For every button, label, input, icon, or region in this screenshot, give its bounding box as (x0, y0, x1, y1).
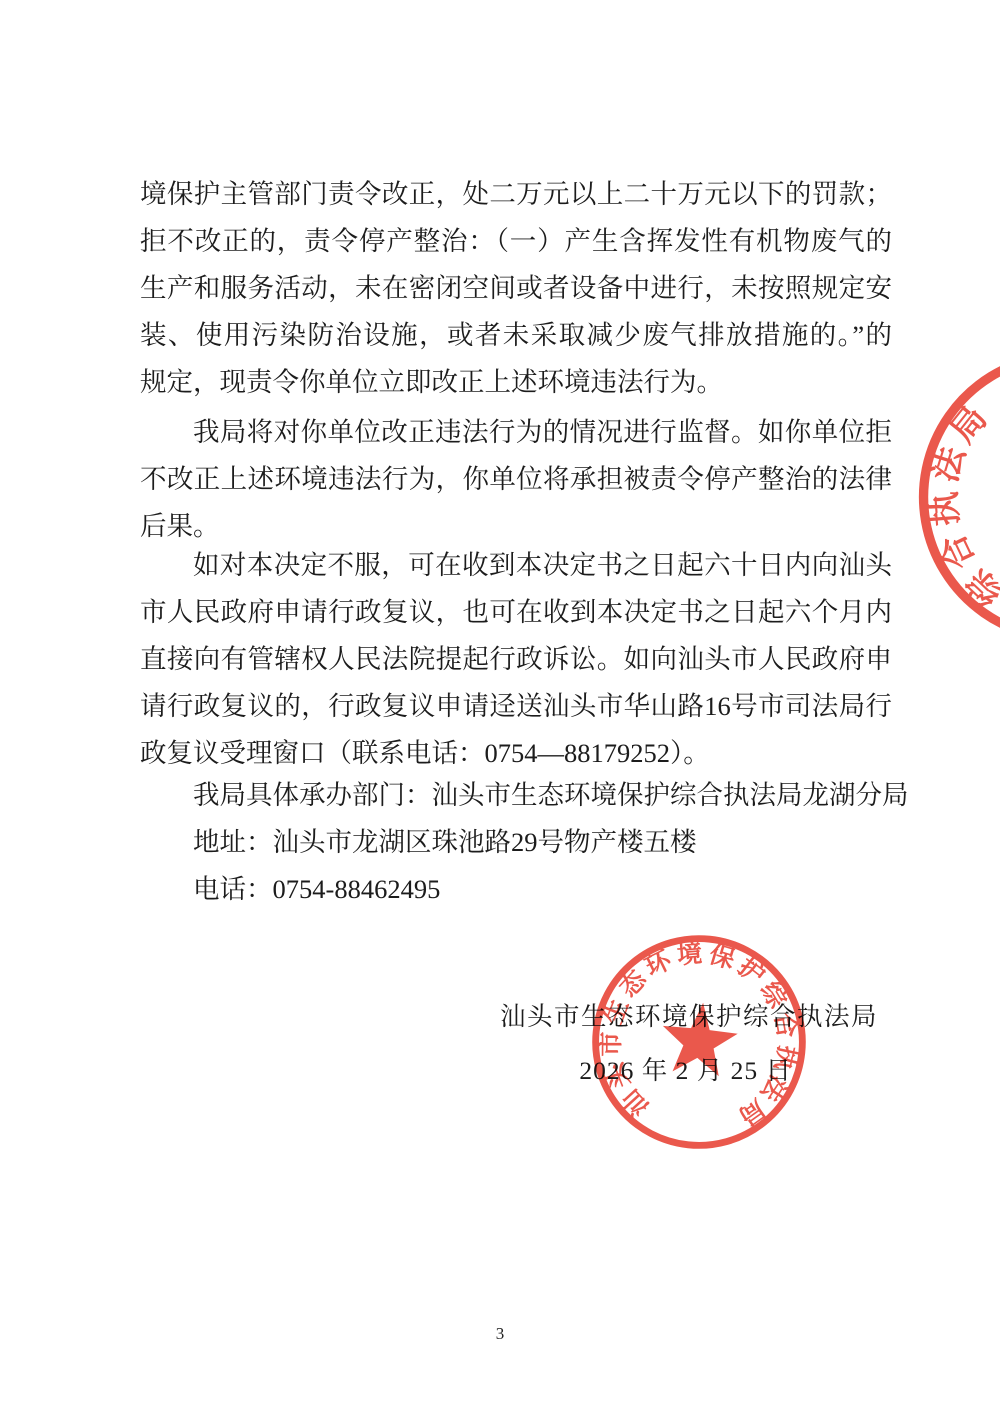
document-page: 境保护主管部门责令改正，处二万元以上二十万元以下的罚款；拒不改正的，责令停产整治… (0, 0, 1000, 1414)
text-line: 装、使用污染防治设施，或者未采取减少废气排放措施的。”的 (140, 312, 892, 359)
paragraph: 境保护主管部门责令改正，处二万元以上二十万元以下的罚款；拒不改正的，责令停产整治… (140, 171, 892, 406)
partial-edge-seal: 汕头市生态环境保护综合执法局 (884, 316, 1000, 677)
text-line: 政复议受理窗口（联系电话：0754—88179252）。 (140, 730, 892, 777)
text-line: 直接向有管辖权人民法院提起行政诉讼。如向汕头市人民政府申 (140, 636, 892, 683)
text-line: 不改正上述环境违法行为，你单位将承担被责令停产整治的法律 (140, 456, 892, 503)
signature-agency: 汕头市生态环境保护综合执法局 (500, 997, 878, 1033)
seal-text: 汕头市生态环境保护综合执法局 (588, 928, 813, 1138)
page-number: 3 (0, 1324, 1000, 1344)
paragraph: 地址：汕头市龙湖区珠池路29号物产楼五楼 (140, 819, 892, 866)
text-line: 我局具体承办部门：汕头市生态环境保护综合执法局龙湖分局 (140, 772, 892, 819)
text-line: 境保护主管部门责令改正，处二万元以上二十万元以下的罚款； (140, 171, 892, 218)
paragraph: 如对本决定不服，可在收到本决定书之日起六十日内向汕头市人民政府申请行政复议，也可… (140, 542, 892, 777)
official-seal: 汕头市生态环境保护综合执法局 (574, 917, 825, 1168)
text-line: 市人民政府申请行政复议，也可在收到本决定书之日起六个月内 (140, 589, 892, 636)
svg-text:汕头市生态环境保护综合执法局: 汕头市生态环境保护综合执法局 (588, 928, 813, 1138)
text-line: 请行政复议的，行政复议申请迳送汕头市华山路16号市司法局行 (140, 683, 892, 730)
seal-ring (585, 928, 812, 1155)
seal-text: 汕头市生态环境保护综合执法局 (906, 357, 1000, 660)
partial-edge-seal-graphic: 汕头市生态环境保护综合执法局 (884, 316, 1000, 677)
paragraph: 电话：0754-88462495 (140, 866, 892, 913)
paragraph: 我局具体承办部门：汕头市生态环境保护综合执法局龙湖分局 (140, 772, 892, 819)
official-seal-graphic: 汕头市生态环境保护综合执法局 (574, 917, 825, 1168)
text-line: 电话：0754-88462495 (140, 866, 892, 913)
text-line: 拒不改正的，责令停产整治：（一）产生含挥发性有机物废气的 (140, 218, 892, 265)
star-icon (658, 999, 740, 1078)
body-text: 境保护主管部门责令改正，处二万元以上二十万元以下的罚款；拒不改正的，责令停产整治… (140, 171, 892, 913)
text-line: 规定，现责令你单位立即改正上述环境违法行为。 (140, 359, 892, 406)
signature-date: 2026 年 2 月 25 日 (579, 1051, 792, 1087)
seal-ring (901, 333, 1000, 661)
paragraph: 我局将对你单位改正违法行为的情况进行监督。如你单位拒不改正上述环境违法行为，你单… (140, 409, 892, 550)
text-line: 我局将对你单位改正违法行为的情况进行监督。如你单位拒 (140, 409, 892, 456)
svg-text:汕头市生态环境保护综合执法局: 汕头市生态环境保护综合执法局 (906, 357, 1000, 660)
text-line: 如对本决定不服，可在收到本决定书之日起六十日内向汕头 (140, 542, 892, 589)
text-line: 生产和服务活动，未在密闭空间或者设备中进行，未按照规定安 (140, 265, 892, 312)
text-line: 地址：汕头市龙湖区珠池路29号物产楼五楼 (140, 819, 892, 866)
